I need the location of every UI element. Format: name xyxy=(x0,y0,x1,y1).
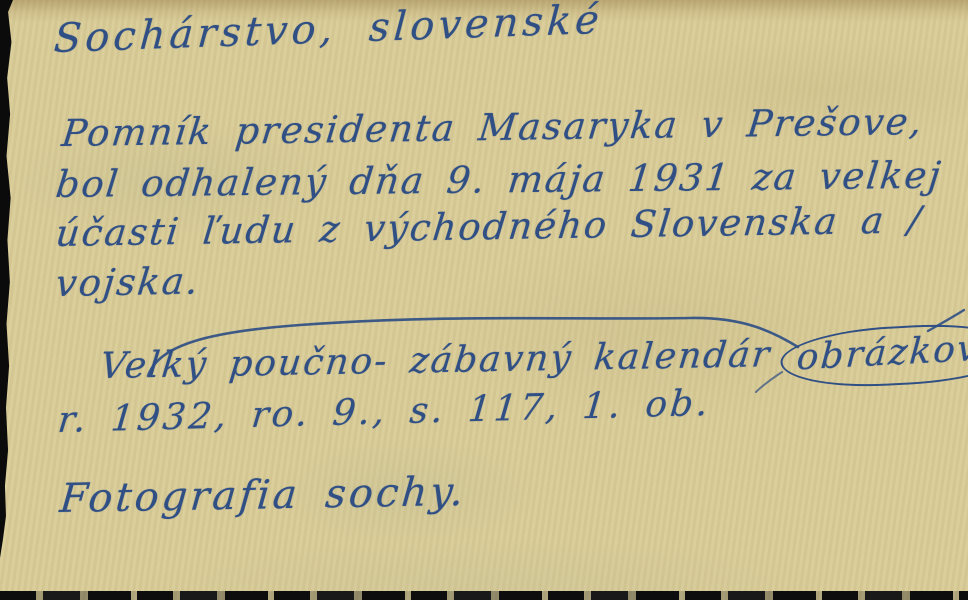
citation-text: Velký poučno- zábavný kalendár xyxy=(98,334,773,387)
body-line-4: vojska. xyxy=(54,259,202,305)
body-line-3: účasti ľudu z východného Slovenska a / xyxy=(54,198,925,255)
archival-card-scan: Sochárstvo, slovenské Pomník presidenta … xyxy=(0,0,968,600)
scan-bottom-edge xyxy=(0,591,968,600)
scan-left-edge xyxy=(0,0,13,600)
note-line: Fotografia sochy. xyxy=(58,469,468,522)
body-line-2: bol odhalený dňa 9. mája 1931 za velkej xyxy=(54,154,945,206)
circled-word-obrazkovy: obrázkový xyxy=(778,320,968,392)
card-heading: Sochárstvo, slovenské xyxy=(52,0,604,62)
body-line-1: Pomník presidenta Masaryka v Prešove, xyxy=(60,100,926,155)
